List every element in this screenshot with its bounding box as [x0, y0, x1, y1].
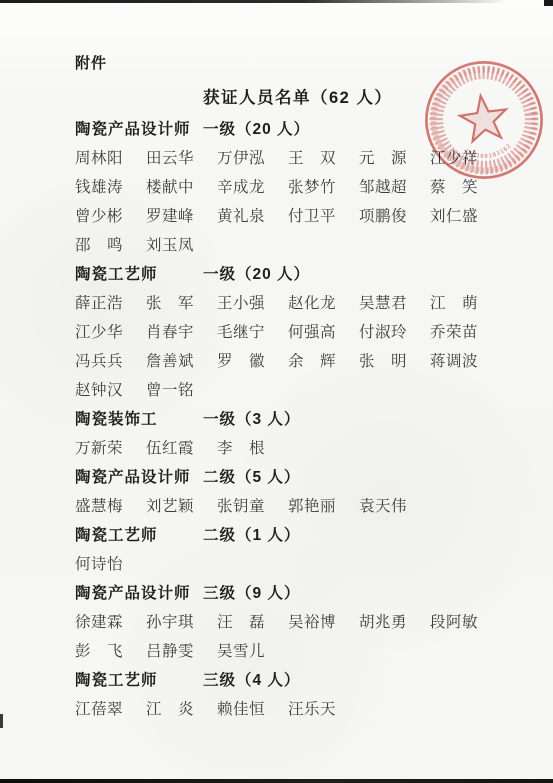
person-name: 万伊泓 [217, 146, 267, 168]
name-row: 徐建霖孙宇琪汪 磊吴裕博胡兆勇段阿敏 [75, 606, 539, 635]
name-row: 万新荣伍红霞李 根 [75, 432, 539, 461]
person-name: 王小强 [217, 291, 267, 313]
person-name: 伍红霞 [146, 436, 196, 458]
person-name: 彭 飞 [75, 639, 125, 661]
person-name: 段阿敏 [430, 610, 480, 632]
person-name: 肖春宇 [146, 320, 196, 342]
scan-mark-left [0, 714, 3, 728]
name-row: 钱雄涛楼献中辛成龙张梦竹邹越超蔡 笑 [75, 171, 539, 200]
person-name: 江 萌 [430, 291, 480, 313]
scan-edge-bottom [0, 779, 553, 783]
section-heading: 陶瓷工艺师一级（20 人） [75, 258, 539, 287]
name-row: 江蓓翠江 炎赖佳恒汪乐天 [75, 693, 539, 722]
name-row: 何诗怡 [75, 548, 539, 577]
person-name: 何诗怡 [75, 552, 125, 574]
person-name: 赖佳恒 [217, 697, 267, 719]
section-heading: 陶瓷产品设计师一级（20 人） [75, 113, 539, 142]
scan-mark-top-right [544, 0, 553, 6]
name-row: 周林阳田云华万伊泓王 双元 源江少祥 [75, 142, 539, 171]
name-row: 江少华肖春宇毛继宁何强高付淑玲乔荣苗 [75, 316, 539, 345]
person-name: 蔡 笑 [430, 175, 480, 197]
person-name: 吴雪儿 [217, 639, 267, 661]
person-name: 乔荣苗 [430, 320, 480, 342]
name-row: 彭 飞吕静雯吴雪儿 [75, 635, 539, 664]
person-name: 江蓓翠 [75, 697, 125, 719]
scanned-document-page: 附件 获证人员名单（62 人） 陶瓷产品设计师一级（20 人）周林阳田云华万伊泓… [0, 0, 553, 783]
sections-container: 陶瓷产品设计师一级（20 人）周林阳田云华万伊泓王 双元 源江少祥钱雄涛楼献中辛… [75, 113, 539, 722]
person-name: 张钥童 [217, 494, 267, 516]
person-name: 田云华 [146, 146, 196, 168]
section-heading: 陶瓷产品设计师二级（5 人） [75, 461, 539, 490]
person-name: 冯兵兵 [75, 349, 125, 371]
name-row: 薛正浩张 军王小强赵化龙吴慧君江 萌 [75, 287, 539, 316]
person-name: 楼献中 [146, 175, 196, 197]
section-heading: 陶瓷装饰工一级（3 人） [75, 403, 539, 432]
person-name: 罗 徽 [217, 349, 267, 371]
person-name: 江少祥 [430, 146, 480, 168]
section-heading: 陶瓷产品设计师三级（9 人） [75, 577, 539, 606]
person-name: 邵 鸣 [75, 233, 125, 255]
person-name: 余 辉 [288, 349, 338, 371]
level-label: 三级（9 人） [203, 581, 300, 603]
name-row: 邵 鸣刘玉凤 [75, 229, 539, 258]
person-name: 盛慧梅 [75, 494, 125, 516]
person-name: 李 根 [217, 436, 267, 458]
person-name: 刘玉凤 [146, 233, 196, 255]
person-name: 赵化龙 [288, 291, 338, 313]
person-name: 辛成龙 [217, 175, 267, 197]
occupation-label: 陶瓷产品设计师 [75, 581, 203, 603]
attachment-label: 附件 [75, 49, 539, 78]
person-name: 刘艺颖 [146, 494, 196, 516]
person-name: 王 双 [288, 146, 338, 168]
person-name: 周林阳 [75, 146, 125, 168]
occupation-label: 陶瓷工艺师 [75, 262, 203, 284]
person-name: 张 军 [146, 291, 196, 313]
level-label: 三级（4 人） [203, 668, 300, 690]
person-name: 詹善斌 [146, 349, 196, 371]
level-label: 一级（3 人） [203, 407, 300, 429]
person-name: 邹越超 [359, 175, 409, 197]
person-name: 赵钟汉 [75, 378, 125, 400]
section-heading: 陶瓷工艺师二级（1 人） [75, 519, 539, 548]
person-name: 付卫平 [288, 204, 338, 226]
person-name: 徐建霖 [75, 610, 125, 632]
name-row: 曾少彬罗建峰黄礼泉付卫平项鹏俊刘仁盛 [75, 200, 539, 229]
person-name: 汪 磊 [217, 610, 267, 632]
occupation-label: 陶瓷装饰工 [75, 407, 203, 429]
section-heading: 陶瓷工艺师三级（4 人） [75, 664, 539, 693]
level-label: 二级（1 人） [203, 523, 300, 545]
person-name: 江 炎 [146, 697, 196, 719]
person-name: 蒋调波 [430, 349, 480, 371]
scan-edge-top [0, 0, 553, 3]
person-name: 孙宇琪 [146, 610, 196, 632]
name-row: 赵钟汉曾一铭 [75, 374, 539, 403]
person-name: 黄礼泉 [217, 204, 267, 226]
person-name: 薛正浩 [75, 291, 125, 313]
occupation-label: 陶瓷工艺师 [75, 523, 203, 545]
person-name: 张梦竹 [288, 175, 338, 197]
person-name: 万新荣 [75, 436, 125, 458]
level-label: 一级（20 人） [203, 262, 310, 284]
person-name: 曾少彬 [75, 204, 125, 226]
occupation-label: 陶瓷产品设计师 [75, 117, 203, 139]
person-name: 汪乐天 [288, 697, 338, 719]
person-name: 付淑玲 [359, 320, 409, 342]
occupation-label: 陶瓷工艺师 [75, 668, 203, 690]
person-name: 胡兆勇 [359, 610, 409, 632]
document-content: 附件 获证人员名单（62 人） 陶瓷产品设计师一级（20 人）周林阳田云华万伊泓… [75, 49, 539, 722]
person-name: 曾一铭 [146, 378, 196, 400]
person-name: 江少华 [75, 320, 125, 342]
person-name: 吴裕博 [288, 610, 338, 632]
person-name: 毛继宁 [217, 320, 267, 342]
name-row: 冯兵兵詹善斌罗 徽余 辉张 明蒋调波 [75, 345, 539, 374]
person-name: 罗建峰 [146, 204, 196, 226]
level-label: 一级（20 人） [203, 117, 310, 139]
person-name: 郭艳丽 [288, 494, 338, 516]
person-name: 吕静雯 [146, 639, 196, 661]
level-label: 二级（5 人） [203, 465, 300, 487]
page-title: 获证人员名单（62 人） [203, 84, 539, 113]
person-name: 何强高 [288, 320, 338, 342]
person-name: 张 明 [359, 349, 409, 371]
person-name: 钱雄涛 [75, 175, 125, 197]
name-row: 盛慧梅刘艺颖张钥童郭艳丽袁天伟 [75, 490, 539, 519]
person-name: 刘仁盛 [430, 204, 480, 226]
person-name: 吴慧君 [359, 291, 409, 313]
occupation-label: 陶瓷产品设计师 [75, 465, 203, 487]
person-name: 袁天伟 [359, 494, 409, 516]
person-name: 元 源 [359, 146, 409, 168]
person-name: 项鹏俊 [359, 204, 409, 226]
